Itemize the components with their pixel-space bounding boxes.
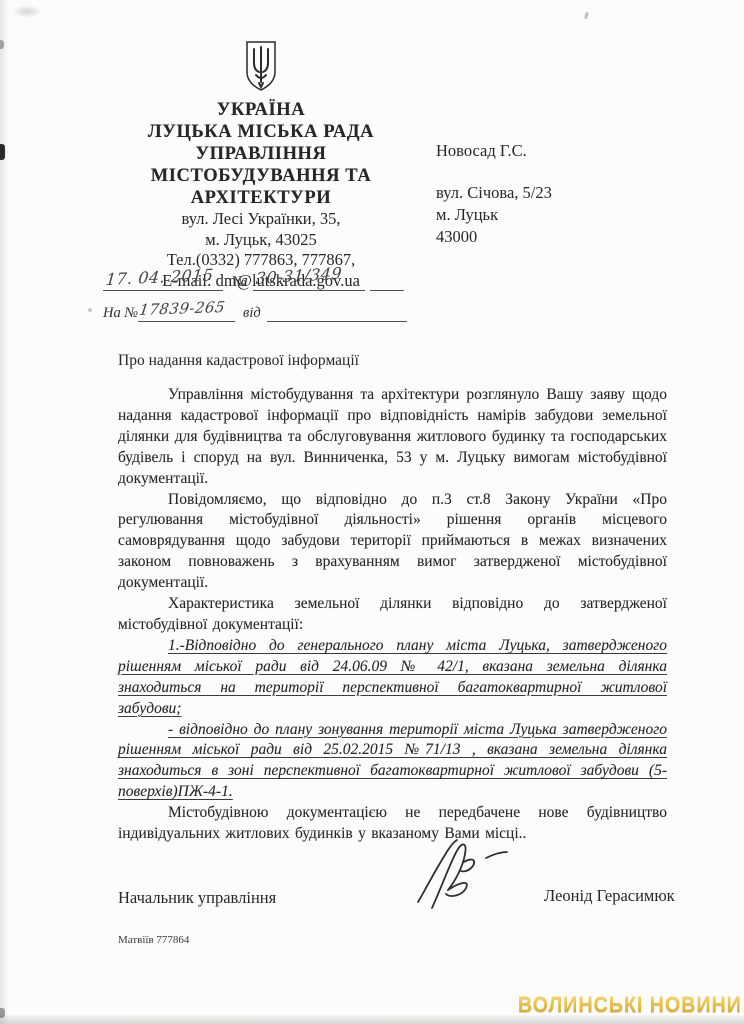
letterhead-street: вул. Лесі Українки, 35,	[108, 209, 414, 230]
letterhead-org-line: АРХІТЕКТУРИ	[108, 187, 414, 209]
scan-artifact	[12, 5, 42, 18]
body-paragraph: Містобудівною документацією не передбаче…	[118, 803, 667, 845]
scan-artifact	[584, 12, 589, 20]
handwritten-incoming-number: 17839-265	[138, 298, 226, 319]
handwritten-signature-icon	[408, 836, 558, 914]
subject-line: Про надання кадастрової інформації	[118, 352, 359, 370]
reference-line-out: 17. 04. 2015 № 30-31/349	[103, 268, 415, 291]
from-label: від	[243, 305, 261, 321]
body-paragraph-underlined: 1.-Відповідно до генерального плану міст…	[118, 636, 667, 720]
reference-line-in: На № 17839-265 від	[103, 299, 415, 322]
body-paragraph: Повідомляємо, що відповідно до п.3 ст.8 …	[118, 490, 667, 595]
signer-name: Леонід Герасимюк	[544, 886, 675, 906]
date-field: 17. 04. 2015	[103, 268, 223, 291]
letterhead: УКРАЇНА ЛУЦЬКА МІСЬКА РАДА УПРАВЛІННЯ МІ…	[108, 40, 414, 291]
recipient-name: Новосад Г.С.	[436, 140, 552, 162]
blank-rule	[267, 299, 407, 322]
letter-body: Управління містобудування та архітектури…	[118, 385, 667, 845]
recipient-street: вул. Січова, 5/23	[436, 182, 552, 204]
incoming-number-field: 17839-265	[138, 299, 235, 322]
body-paragraph-underlined: - відповідно до плану зонування територі…	[118, 720, 667, 804]
scanned-letter-page: УКРАЇНА ЛУЦЬКА МІСЬКА РАДА УПРАВЛІННЯ МІ…	[0, 0, 744, 1024]
scan-artifact	[0, 40, 4, 49]
signer-title: Начальник управління	[118, 888, 276, 908]
scan-artifact	[88, 308, 92, 312]
letterhead-country: УКРАЇНА	[108, 99, 414, 121]
handwritten-outgoing-number: 30-31/349	[255, 264, 343, 288]
scan-artifact	[0, 1008, 5, 1018]
letterhead-city: м. Луцьк, 43025	[108, 230, 414, 251]
letterhead-org-line: МІСТОБУДУВАННЯ ТА	[108, 165, 414, 187]
number-sign: №	[232, 274, 246, 291]
handwritten-date: 17. 04. 2015	[105, 265, 215, 289]
reply-label: На №	[103, 305, 138, 321]
ukraine-trident-icon	[244, 40, 278, 92]
scan-artifact	[0, 144, 5, 160]
recipient-postal-code: 43000	[436, 226, 552, 248]
recipient-city: м. Луцьк	[436, 204, 552, 226]
body-paragraph: Характеристика земельної ділянки відпові…	[118, 594, 667, 636]
body-paragraph: Управління містобудування та архітектури…	[118, 385, 667, 490]
executor-note: Матвіїв 777864	[118, 934, 189, 946]
news-site-watermark: ВОЛИНСЬКІ НОВИНИ	[518, 992, 742, 1018]
blank-rule	[370, 268, 404, 291]
letterhead-org-line: УПРАВЛІННЯ	[108, 143, 414, 165]
outgoing-number-field: 30-31/349	[253, 268, 365, 291]
letterhead-org-line: ЛУЦЬКА МІСЬКА РАДА	[108, 121, 414, 143]
recipient-block: Новосад Г.С. вул. Січова, 5/23 м. Луцьк …	[436, 140, 552, 248]
